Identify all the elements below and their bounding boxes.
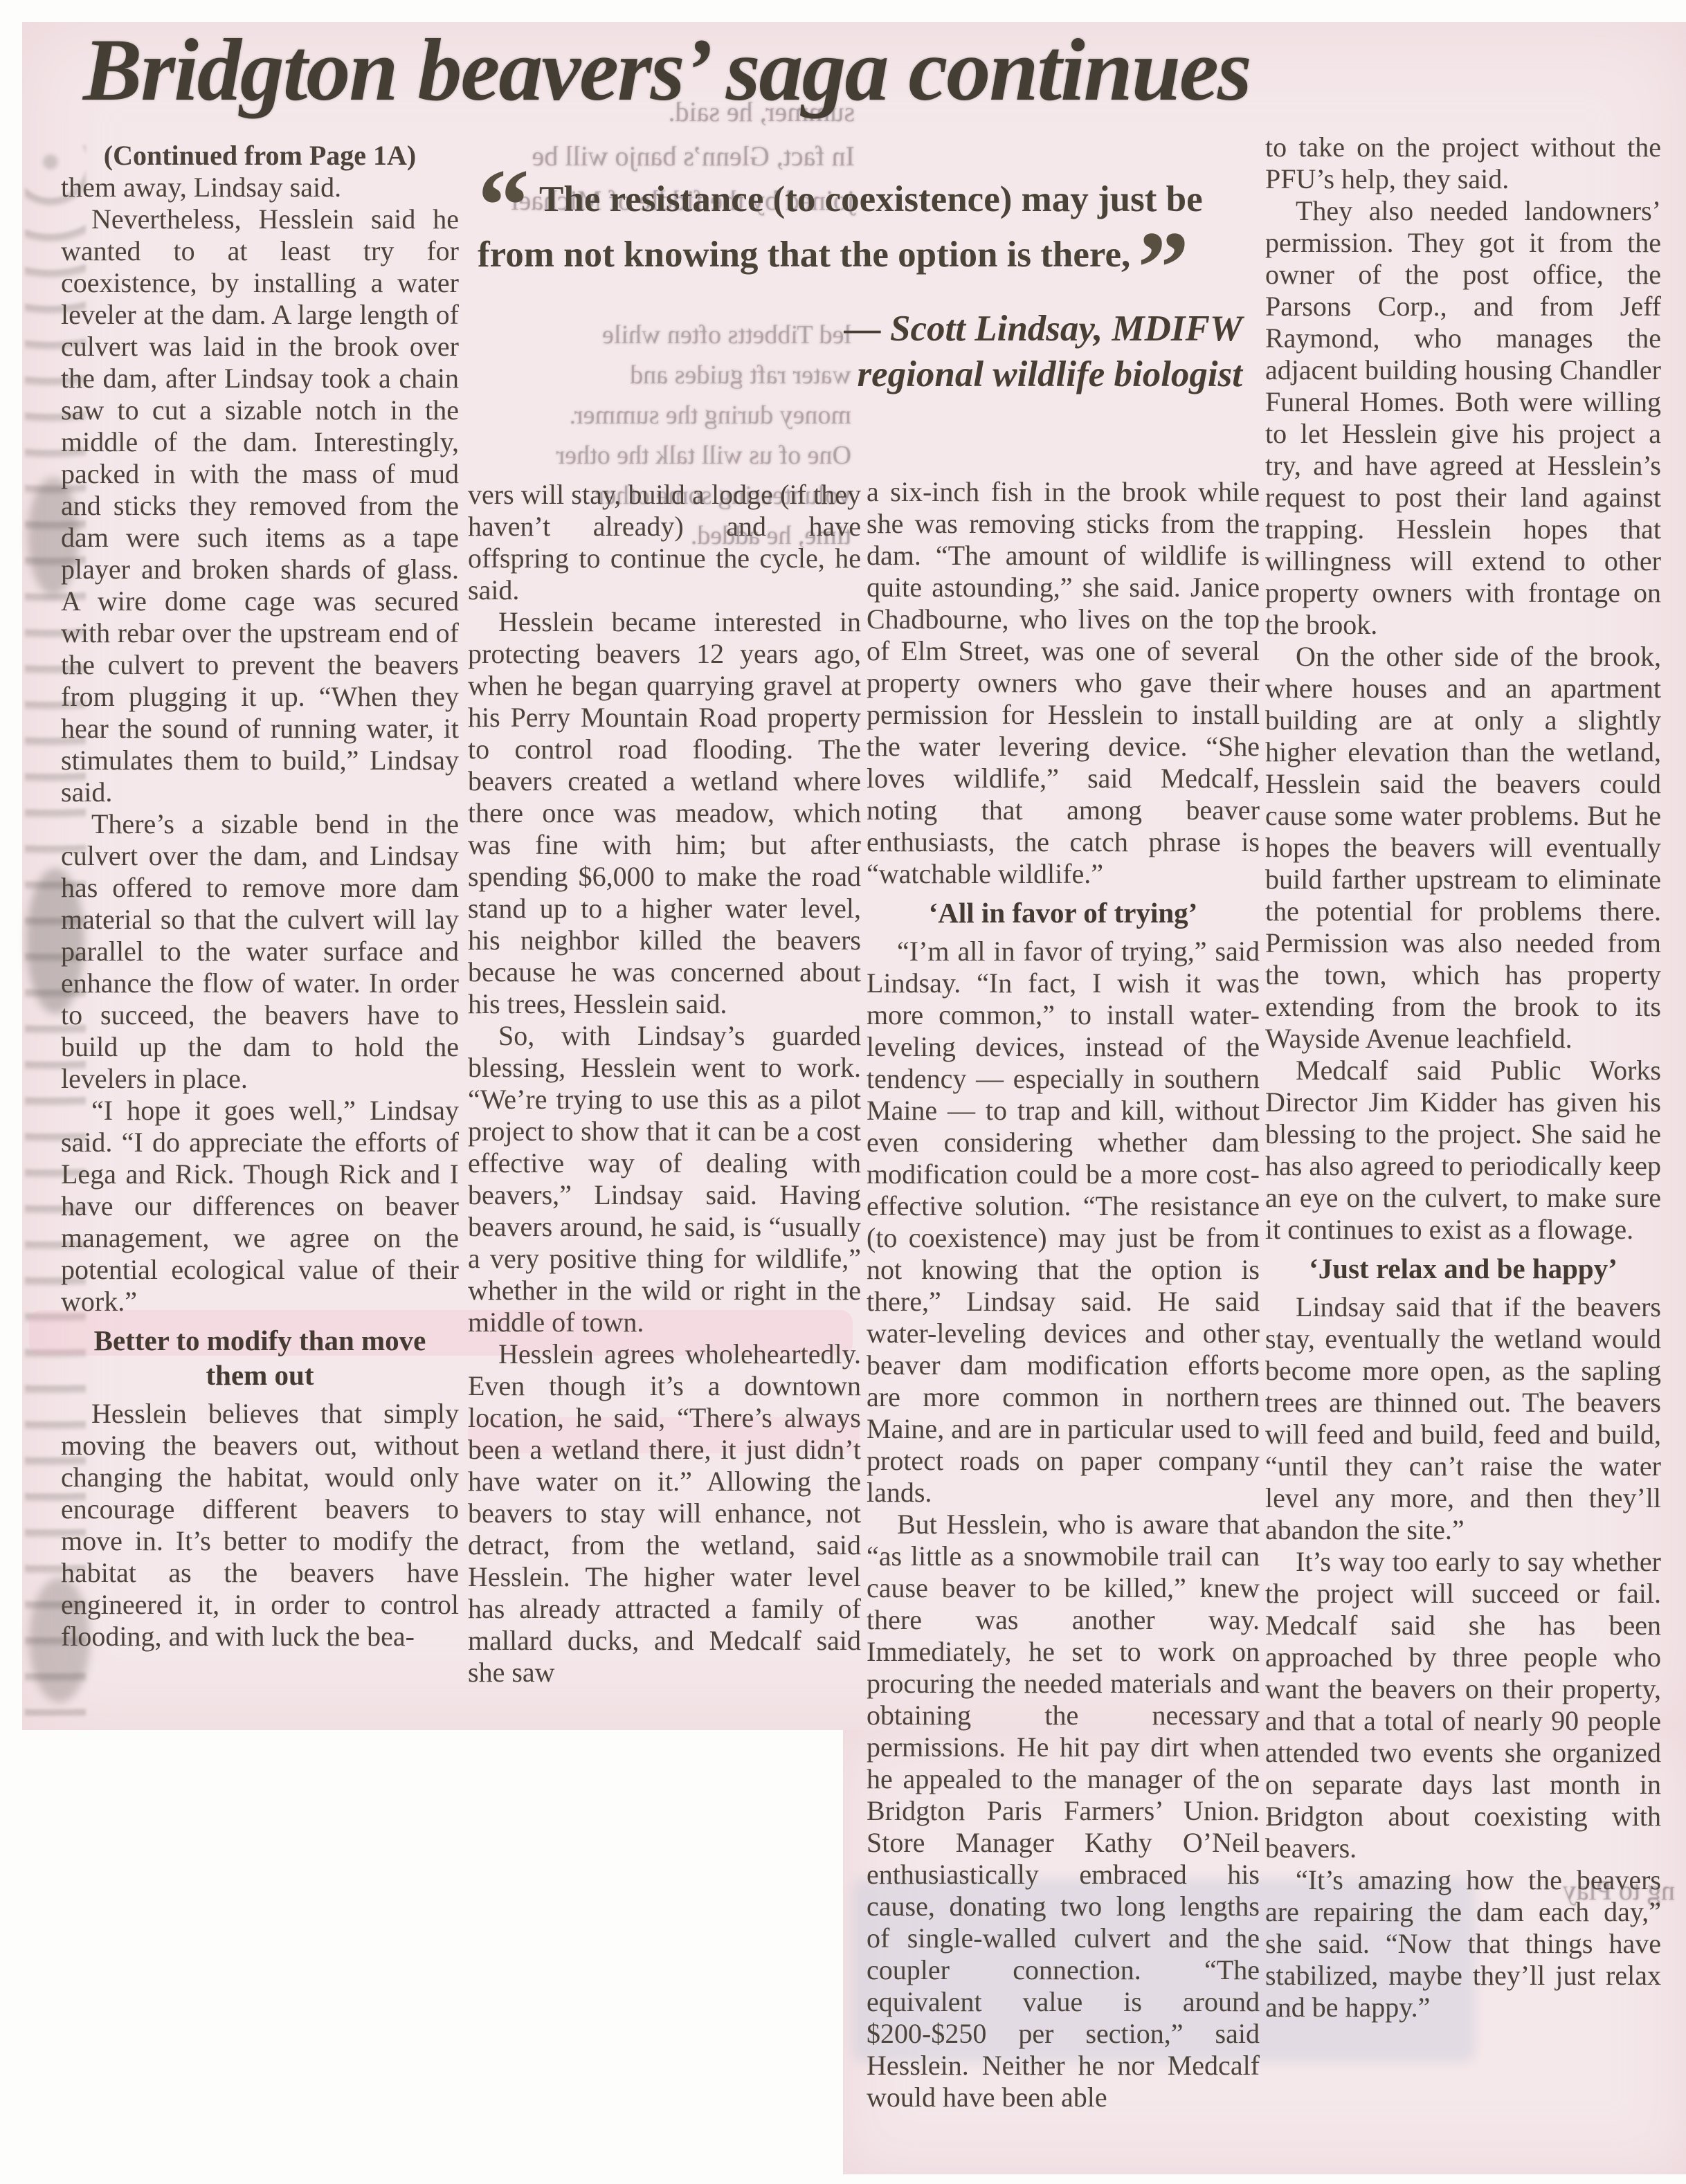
article-column-3: a six-inch fish in the brook while she w… [867,476,1260,2173]
article-paragraph: them away, Lindsay said. [61,172,459,203]
pull-quote-attribution-name: — Scott Lindsay, MDIFW [478,306,1242,352]
article-column-1: (Continued from Page 1A) them away, Lind… [61,140,459,1725]
article-headline: Bridgton beavers’ saga continues [83,19,1661,121]
article-paragraph: It’s way too early to say whether the pr… [1265,1546,1661,1864]
article-paragraph: Hesslein believes that simply moving the… [61,1398,459,1653]
article-paragraph: Lindsay said that if the beavers stay, e… [1265,1291,1661,1546]
section-subhead: ‘Just relax and be happy’ [1265,1251,1661,1286]
article-paragraph: “I hope it goes well,” Lindsay said. “I … [61,1095,459,1318]
section-subhead: ‘All in favor of trying’ [867,895,1260,930]
article-paragraph: vers will stay, build a lodge (if they h… [468,479,861,606]
article-paragraph: Hesslein became interested in protecting… [468,606,861,1020]
article-paragraph: There’s a sizable bend in the culvert ov… [61,808,459,1095]
article-paragraph: So, with Lindsay’s guarded blessing, Hes… [468,1020,861,1338]
article-paragraph: “It’s amazing how the beavers are repair… [1265,1864,1661,2023]
continued-from-note: (Continued from Page 1A) [61,140,459,172]
article-paragraph: to take on the project without the PFU’s… [1265,131,1661,195]
scanned-newspaper-page: summer, he said. In fact, Glenn’s banjo … [0,0,1686,2184]
pull-quote: “The resistance (to coexistence) may jus… [478,172,1280,397]
article-paragraph: a six-inch fish in the brook while she w… [867,476,1260,890]
article-paragraph: Medcalf said Public Works Director Jim K… [1265,1055,1661,1246]
article-paragraph: On the other side of the brook, where ho… [1265,641,1661,1055]
article-column-4: to take on the project without the PFU’s… [1265,131,1661,2180]
pull-quote-attribution: — Scott Lindsay, MDIFW regional wildlife… [478,306,1242,397]
article-paragraph: Hesslein agrees wholeheartedly. Even tho… [468,1338,861,1689]
section-subhead: Better to modify than move them out [61,1323,459,1392]
article-paragraph: “I’m all in favor of trying,” said Linds… [867,936,1260,1509]
article-paragraph: Nevertheless, Hesslein said he wanted to… [61,203,459,808]
pull-quote-text: The resistance (to coexistence) may just… [478,179,1203,275]
article-paragraph: But Hesslein, who is aware that “as litt… [867,1509,1260,2113]
article-paragraph: They also needed landowners’ permission.… [1265,195,1661,641]
pull-quote-attribution-title: regional wildlife biologist [478,352,1242,397]
article-column-2: vers will stay, build a lodge (if they h… [468,479,861,1725]
